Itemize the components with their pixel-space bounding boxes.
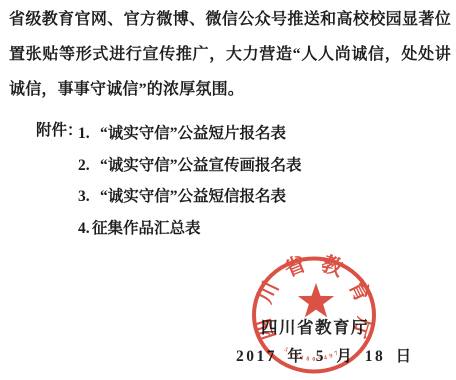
official-seal: 四川省教育厅 5101805497	[249, 251, 381, 379]
attachments-row: 附件： 1.“诚实守信”公益短片报名表 2.“诚实守信”公益宣传画报名表 3.“…	[36, 118, 302, 244]
attachments-list: 1.“诚实守信”公益短片报名表 2.“诚实守信”公益宣传画报名表 3.“诚实守信…	[78, 118, 302, 244]
body-paragraph: 省级教育官网、官方微博、微信公众号推送和高校校园显著位置张贴等形式进行宣传推广，…	[9, 2, 451, 107]
seal-code: 5101805497	[283, 347, 340, 363]
attachment-item: 3.“诚实守信”公益短信报名表	[78, 181, 302, 213]
seal-code-holder: 5101805497	[283, 347, 340, 363]
attachment-number: 1.	[78, 118, 100, 150]
attachment-item: 1.“诚实守信”公益短片报名表	[78, 118, 302, 150]
attachment-item: 4.征集作品汇总表	[78, 213, 302, 245]
attachment-number: 2.	[78, 150, 100, 182]
attachment-item: 2.“诚实守信”公益宣传画报名表	[78, 150, 302, 182]
attachments-section: 附件： 1.“诚实守信”公益短片报名表 2.“诚实守信”公益宣传画报名表 3.“…	[36, 118, 302, 244]
attachment-number: 3.	[78, 181, 100, 213]
attachment-title: “诚实守信”公益短片报名表	[100, 125, 286, 142]
attachments-label: 附件：	[36, 118, 78, 140]
document-page: 省级教育官网、官方微博、微信公众号推送和高校校园显著位置张贴等形式进行宣传推广，…	[0, 0, 456, 380]
seal-star-icon	[298, 283, 334, 317]
seal-ring	[254, 259, 374, 372]
attachment-title: “诚实守信”公益宣传画报名表	[100, 157, 302, 174]
attachment-number: 4.	[78, 213, 92, 245]
attachment-title: “诚实守信”公益短信报名表	[100, 188, 286, 205]
attachment-title: 征集作品汇总表	[92, 220, 201, 237]
